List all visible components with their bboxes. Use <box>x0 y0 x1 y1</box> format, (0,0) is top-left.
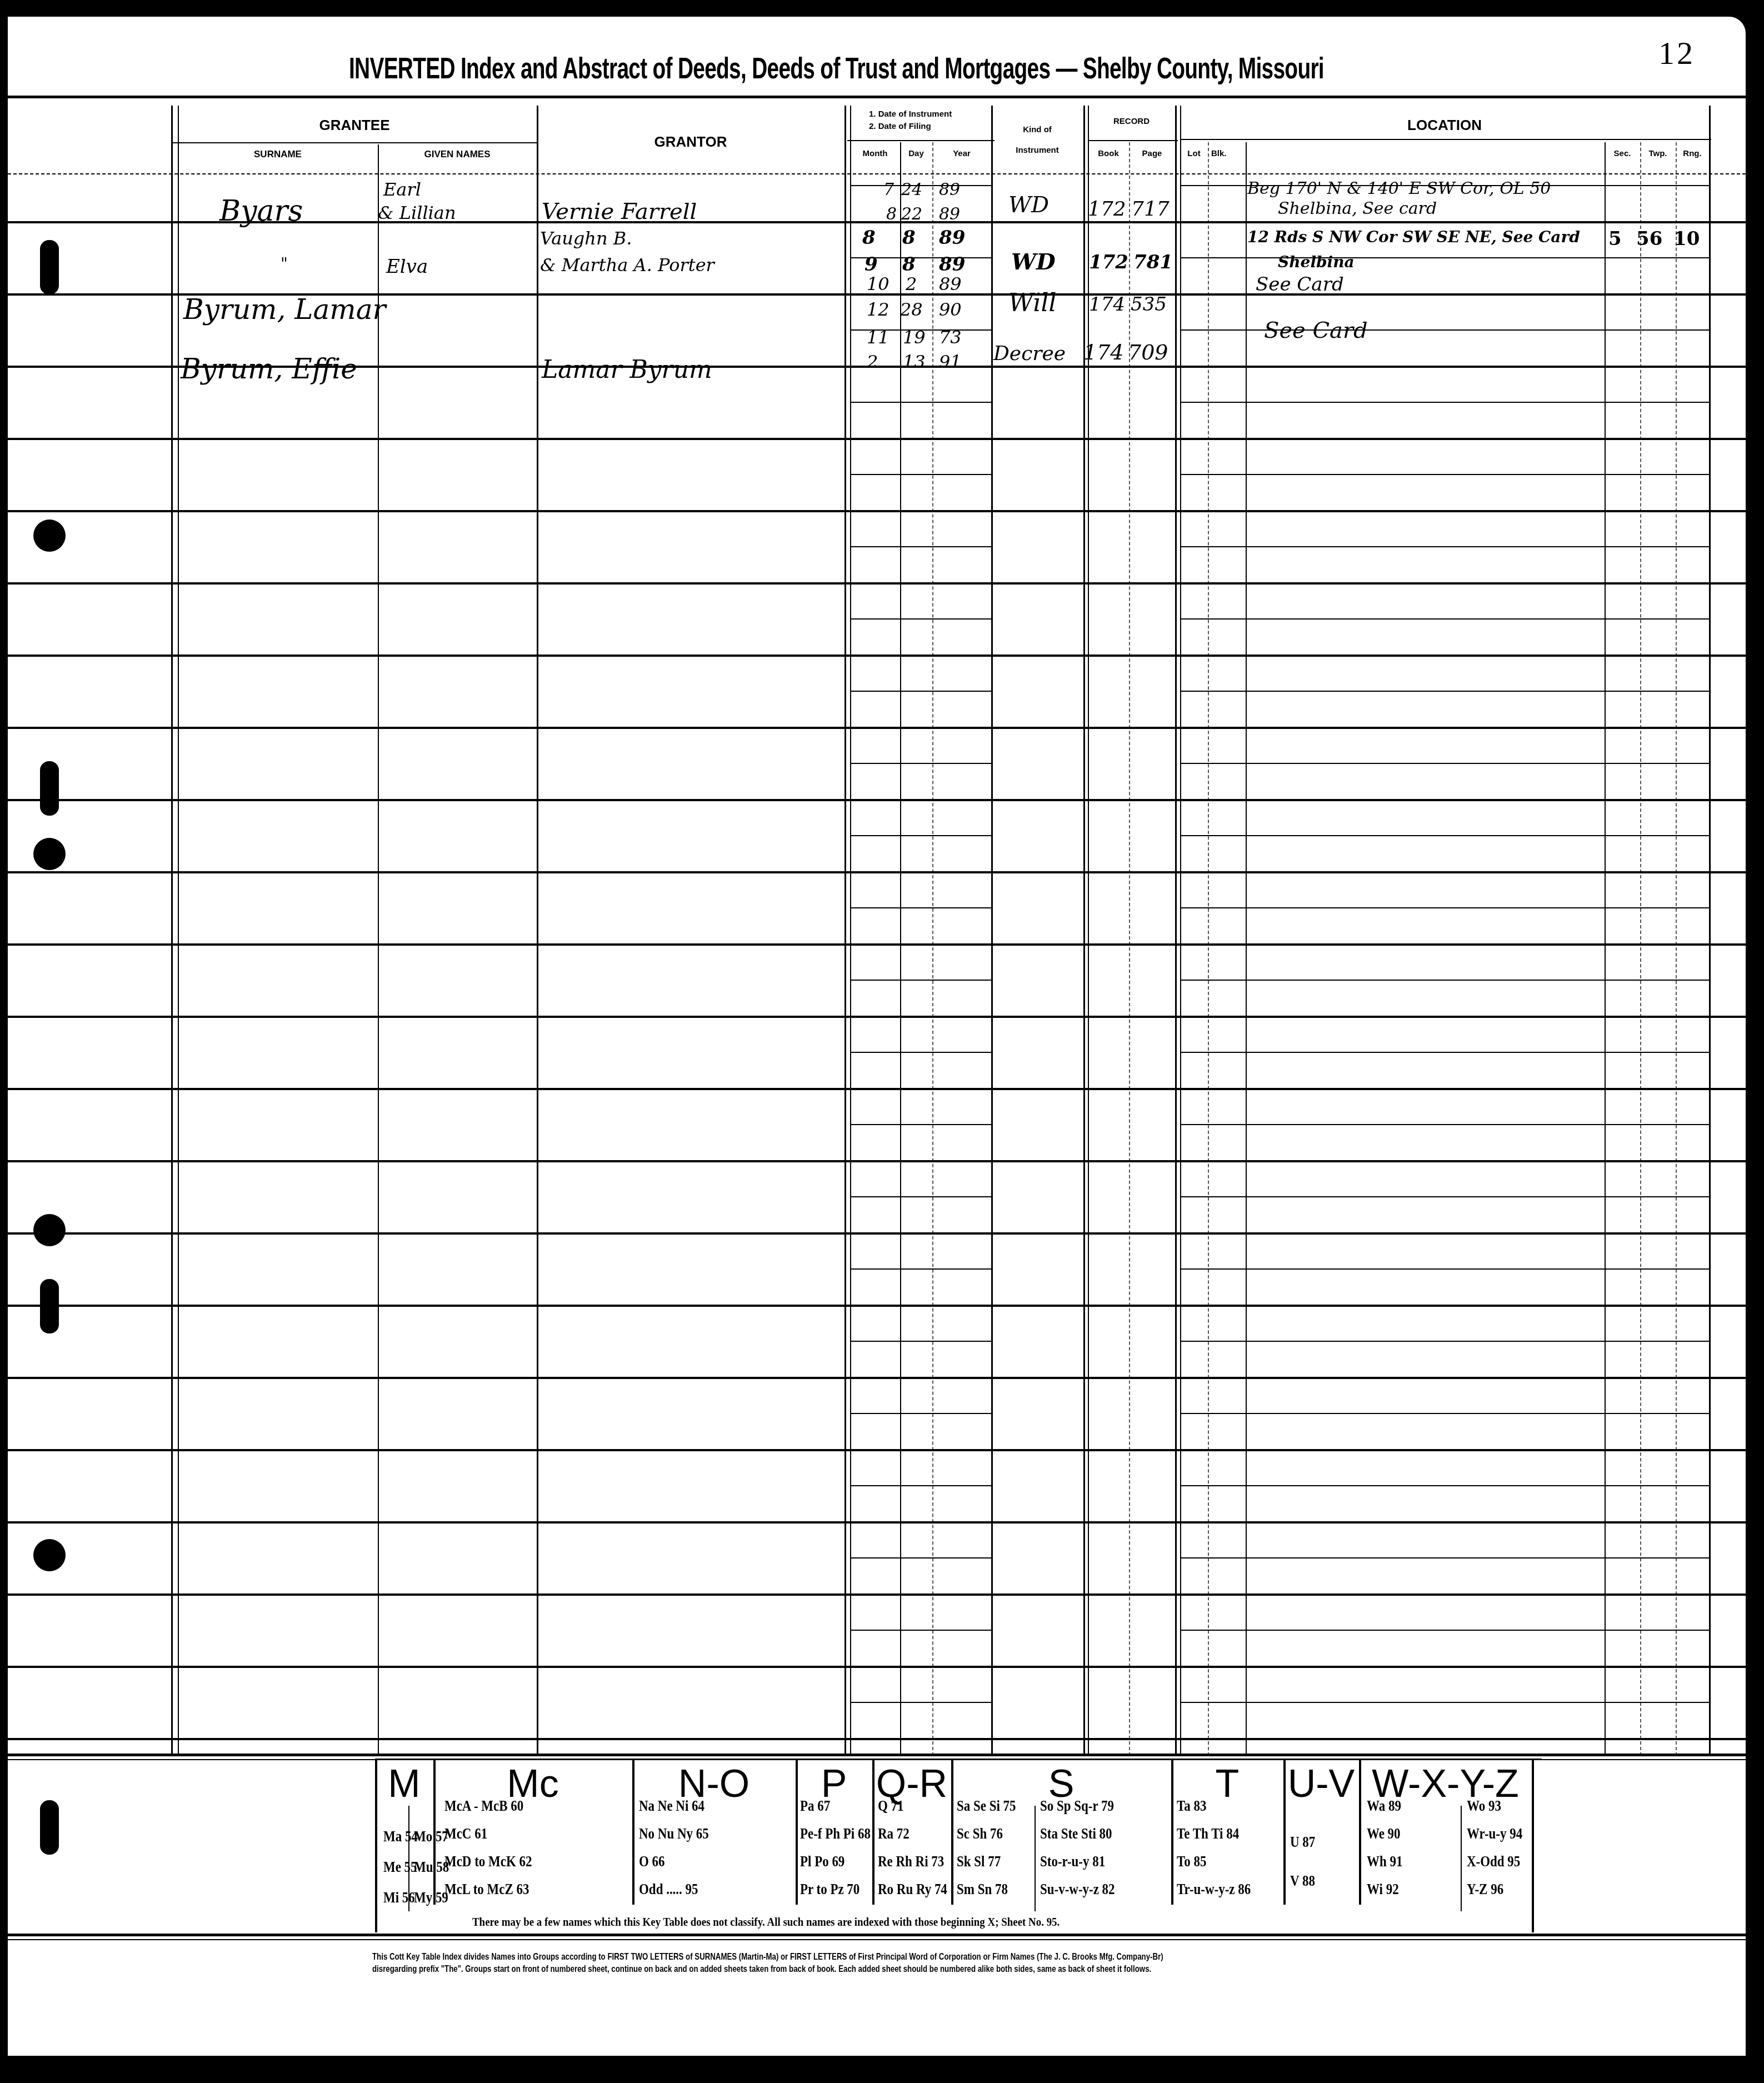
instrument-year: 73 <box>939 327 962 348</box>
header-page: Page <box>1129 149 1175 158</box>
header-lot: Lot <box>1180 149 1208 158</box>
half-row-divider <box>850 1124 991 1125</box>
row-divider <box>8 1088 1746 1090</box>
filing-day: 8 <box>902 253 916 276</box>
key-entry: McL to McZ 63 <box>444 1881 529 1899</box>
header-twp: Twp. <box>1640 149 1676 158</box>
half-row-divider <box>1180 402 1709 403</box>
key-entry: Sm Sn 78 <box>957 1881 1008 1899</box>
row-divider <box>8 871 1746 873</box>
header-instrument: Instrument <box>991 146 1083 155</box>
half-row-divider <box>1180 1413 1709 1414</box>
key-entry: X-Odd 95 <box>1467 1853 1520 1871</box>
record-book: 174 <box>1089 293 1125 316</box>
row-divider <box>8 1594 1746 1596</box>
record-book: 172 <box>1089 251 1128 273</box>
header-rng: Rng. <box>1676 149 1709 158</box>
record-page: 717 <box>1131 198 1170 221</box>
filing-year: 90 <box>939 299 962 320</box>
row-divider <box>8 727 1746 729</box>
row-divider <box>8 1666 1746 1668</box>
row-divider <box>8 655 1746 657</box>
key-entry: Ma 54 <box>383 1828 418 1846</box>
half-row-divider <box>850 1557 991 1558</box>
row-divider <box>8 1016 1746 1018</box>
grantor: Vernie Farrell <box>542 199 697 224</box>
instrument-year: 89 <box>939 273 962 294</box>
instrument-month: 11 <box>867 327 890 348</box>
key-entry: Tr-u-w-y-z 86 <box>1177 1881 1251 1899</box>
half-row-divider <box>1180 257 1709 258</box>
key-group-heading: U-V <box>1283 1764 1359 1803</box>
half-row-divider <box>850 1413 991 1414</box>
header-sec: Sec. <box>1605 149 1640 158</box>
row-divider <box>8 1738 1746 1740</box>
key-entry: We 90 <box>1367 1825 1401 1843</box>
location-line1: 12 Rds S NW Cor SW SE NE, See Card <box>1247 228 1580 246</box>
filing-year: 91 <box>939 351 962 372</box>
given-name: Elva <box>386 256 428 278</box>
half-row-divider <box>850 763 991 764</box>
row-divider <box>8 943 1746 946</box>
header-surname: SURNAME <box>178 149 378 160</box>
binder-hole-3 <box>33 1214 66 1246</box>
half-row-divider <box>1180 1268 1709 1270</box>
binder-hole-1 <box>33 519 66 552</box>
header-date-filing: 2. Date of Filing <box>850 122 1010 131</box>
given-name-line2: & Lillian <box>378 202 456 223</box>
half-row-divider <box>850 907 991 908</box>
header-location: LOCATION <box>1180 117 1709 134</box>
key-entry: Wa 89 <box>1367 1797 1401 1815</box>
surname: Byrum, Effie <box>181 353 357 385</box>
key-entry: Ra 72 <box>878 1825 910 1843</box>
half-row-divider <box>850 474 991 475</box>
grantor-line2: & Martha A. Porter <box>540 254 714 276</box>
grantor-line1: Vaughn B. <box>540 228 632 249</box>
key-entry: Te Th Ti 84 <box>1177 1825 1239 1843</box>
row-divider <box>8 1521 1746 1523</box>
row-divider <box>8 1377 1746 1379</box>
key-entry: Odd ..... 95 <box>639 1881 698 1899</box>
instrument-year: 89 <box>939 180 960 199</box>
half-row-divider <box>850 546 991 547</box>
key-entry: Mo 57 <box>414 1828 448 1846</box>
half-row-divider <box>1180 835 1709 836</box>
half-row-divider <box>850 1196 991 1197</box>
filing-day: 22 <box>901 204 922 224</box>
filing-month: 8 <box>886 204 897 224</box>
key-entry: Me 55 <box>383 1859 417 1876</box>
key-entry: Wo 93 <box>1467 1797 1501 1815</box>
key-entry: McC 61 <box>444 1825 487 1843</box>
row-divider <box>8 1232 1746 1235</box>
location-line2: Shelbina, See card <box>1278 199 1437 218</box>
filing-month: 9 <box>864 253 878 276</box>
location: See Card <box>1264 318 1368 343</box>
row-divider <box>8 438 1746 440</box>
header-record: RECORD <box>1088 117 1175 126</box>
key-entry: Mu 58 <box>414 1859 449 1876</box>
key-entry: Wh 91 <box>1367 1853 1402 1871</box>
range: 10 <box>1673 228 1700 250</box>
header-blk: Blk. <box>1208 149 1233 158</box>
filing-month: 2 <box>867 351 878 372</box>
binder-slot-2 <box>40 761 59 816</box>
page-number: 12 <box>1658 34 1695 72</box>
instrument-day: 2 <box>906 273 917 294</box>
header-grantee: GRANTEE <box>171 117 538 134</box>
filing-year: 89 <box>939 204 960 224</box>
key-entry: My 59 <box>414 1889 448 1907</box>
key-entry: Q 71 <box>878 1797 904 1815</box>
header-book: Book <box>1088 149 1129 158</box>
row-divider <box>8 1305 1746 1307</box>
key-entry: So Sp Sq-r 79 <box>1040 1797 1114 1815</box>
header-given-names: GIVEN NAMES <box>378 149 537 160</box>
half-row-divider <box>1180 1196 1709 1197</box>
header-kind-of: Kind of <box>991 125 1083 134</box>
half-row-divider <box>850 835 991 836</box>
key-entry: Sk Sl 77 <box>957 1853 1001 1871</box>
instrument-day: 24 <box>901 180 922 199</box>
record-page: 535 <box>1131 293 1167 316</box>
record-page: 709 <box>1128 340 1168 364</box>
header-year: Year <box>932 149 991 158</box>
half-row-divider <box>1180 474 1709 475</box>
key-entry: Sta Ste Sti 80 <box>1040 1825 1112 1843</box>
key-entry: Pa 67 <box>800 1797 830 1815</box>
half-row-divider <box>850 1052 991 1053</box>
instrument-day: 8 <box>902 227 916 249</box>
half-row-divider <box>1180 1341 1709 1342</box>
header-grantor: GRANTOR <box>537 133 844 151</box>
instrument-kind: Will <box>1008 289 1057 317</box>
half-row-divider <box>1180 1557 1709 1558</box>
key-entry: Na Ne Ni 64 <box>639 1797 704 1815</box>
location: See Card <box>1256 273 1344 296</box>
section: 5 <box>1608 228 1622 250</box>
record-book: 174 <box>1083 340 1124 364</box>
instrument-year: 89 <box>939 227 965 249</box>
location-line1: Beg 170' N & 140' E SW Cor, OL 50 <box>1247 179 1551 198</box>
half-row-divider <box>1180 980 1709 981</box>
half-row-divider <box>850 1268 991 1270</box>
row-divider <box>8 582 1746 585</box>
page-title: INVERTED Index and Abstract of Deeds, De… <box>349 51 1209 86</box>
key-entry: Wi 92 <box>1367 1881 1399 1899</box>
key-entry: Pe-f Ph Pi 68 <box>800 1825 871 1843</box>
instrument-kind: Decree <box>993 342 1066 365</box>
row-divider <box>8 510 1746 512</box>
key-entry: Mi 56 <box>383 1889 415 1907</box>
record-page: 781 <box>1133 251 1173 273</box>
footer-note-line2: disregarding prefix "The". Groups start … <box>372 1964 1151 1975</box>
instrument-month: 7 <box>883 180 894 199</box>
filing-year: 89 <box>939 253 965 276</box>
location-line2: Shelbina <box>1278 253 1355 271</box>
half-row-divider <box>850 980 991 981</box>
half-row-divider <box>1180 1630 1709 1631</box>
binder-hole-4 <box>33 1539 66 1571</box>
key-entry: Pl Po 69 <box>800 1853 844 1871</box>
half-row-divider <box>1180 1702 1709 1703</box>
grantor: Lamar Byrum <box>542 356 712 384</box>
key-entry: McD to McK 62 <box>444 1853 532 1871</box>
half-row-divider <box>1180 1485 1709 1486</box>
surname-ditto: " <box>281 254 288 273</box>
half-row-divider <box>1180 907 1709 908</box>
instrument-day: 19 <box>903 327 926 348</box>
filing-day: 13 <box>903 351 926 372</box>
filing-day: 28 <box>900 299 923 320</box>
half-row-divider <box>850 691 991 692</box>
surname: Byrum, Lamar <box>183 293 386 326</box>
key-entry: Ta 83 <box>1177 1797 1206 1815</box>
township: 56 <box>1636 228 1662 250</box>
key-entry: Su-v-w-y-z 82 <box>1040 1881 1115 1899</box>
row-divider <box>8 799 1746 801</box>
surname: Byars <box>219 194 303 228</box>
half-row-divider <box>850 1630 991 1631</box>
footer-note-line1: This Cott Key Table Index divides Names … <box>372 1951 1163 1962</box>
row-divider <box>8 1160 1746 1162</box>
key-entry: Re Rh Ri 73 <box>878 1853 944 1871</box>
half-row-divider <box>1180 763 1709 764</box>
key-entry: O 66 <box>639 1853 665 1871</box>
header-month: Month <box>850 149 900 158</box>
filing-month: 12 <box>867 299 890 320</box>
half-row-divider <box>1180 1124 1709 1125</box>
key-entry: McA - McB 60 <box>444 1797 523 1815</box>
key-entry: Wr-u-y 94 <box>1467 1825 1522 1843</box>
key-entry: Sa Se Si 75 <box>957 1797 1016 1815</box>
key-group-heading: M <box>375 1764 433 1803</box>
binder-slot-1 <box>40 240 59 294</box>
half-row-divider <box>1180 329 1709 331</box>
half-row-divider <box>850 1485 991 1486</box>
half-row-divider <box>850 402 991 403</box>
key-entry: Y-Z 96 <box>1467 1881 1503 1899</box>
key-entry: V 88 <box>1290 1872 1315 1890</box>
binder-slot-4 <box>40 1800 59 1855</box>
header-date-instrument: 1. Date of Instrument <box>850 109 1010 119</box>
key-entry: Ro Ru Ry 74 <box>878 1881 947 1899</box>
half-row-divider <box>1180 691 1709 692</box>
scan-border-bottom <box>0 2056 1764 2083</box>
half-row-divider <box>1180 1052 1709 1053</box>
key-entry: Sto-r-u-y 81 <box>1040 1853 1105 1871</box>
key-entry: Pr to Pz 70 <box>800 1881 859 1899</box>
half-row-divider <box>1180 546 1709 547</box>
instrument-month: 8 <box>862 227 876 249</box>
instrument-kind: WD <box>1008 192 1049 218</box>
key-entry: Sc Sh 76 <box>957 1825 1003 1843</box>
half-row-divider <box>850 1341 991 1342</box>
instrument-kind: WD <box>1011 249 1056 275</box>
record-book: 172 <box>1088 198 1126 221</box>
key-table-note: There may be a few names which this Key … <box>472 1915 1060 1929</box>
header-day: Day <box>900 149 932 158</box>
row-divider <box>8 1449 1746 1451</box>
instrument-month: 10 <box>867 273 890 294</box>
binder-hole-2 <box>33 838 66 870</box>
key-entry: To 85 <box>1177 1853 1206 1871</box>
half-row-divider <box>1180 618 1709 620</box>
given-name-line1: Earl <box>383 179 421 200</box>
half-row-divider <box>850 618 991 620</box>
half-row-divider <box>850 1702 991 1703</box>
key-entry: No Nu Ny 65 <box>639 1825 709 1843</box>
key-entry: U 87 <box>1290 1834 1315 1851</box>
